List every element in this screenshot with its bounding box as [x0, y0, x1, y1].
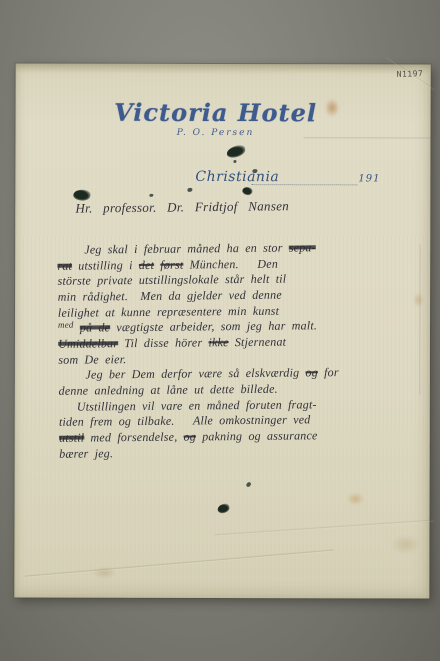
handwritten-text: Utstillingen vil vare en måned foruten f…	[77, 397, 317, 413]
handwritten-text: min rådighet. Men da gjelder ved denne	[58, 288, 282, 304]
letter-line: Jeg ber Dem derfor være så elskværdig og…	[58, 365, 338, 383]
rust-stain	[92, 567, 116, 579]
rust-stain	[390, 534, 420, 554]
handwritten-text: pakning og assurance	[196, 428, 318, 443]
handwritten-text: München. Den	[183, 257, 278, 272]
handwritten-text: som De eier.	[58, 352, 126, 367]
letter-line: bærer jeg.	[59, 446, 113, 462]
struck-text: det	[139, 258, 154, 272]
letter-line: tiden frem og tilbake. Alle omkostninger…	[59, 412, 311, 429]
handwritten-text: Stjernenat	[229, 335, 287, 350]
struck-text: først	[160, 258, 183, 272]
handwritten-text: med forsendelse,	[84, 430, 183, 445]
handwritten-text: bærer jeg.	[59, 446, 113, 461]
handwritten-text: denne anledning at låne ut dette billede…	[59, 382, 278, 398]
letter-paper: Victoria Hotel P. O. Persen Christiania …	[14, 63, 430, 598]
letter-line: denne anledning at låne ut dette billede…	[59, 382, 278, 399]
handwritten-text: störste private utstillingslokale står h…	[58, 272, 287, 288]
struck-text: på de	[80, 320, 110, 334]
rust-stain	[413, 292, 424, 307]
handwritten-text: Jeg ber Dem derfor være så elskværdig	[85, 365, 305, 381]
letter-line: Jeg skal i februar måned ha en stor sepa…	[57, 240, 316, 257]
inserted-text: med	[58, 320, 74, 330]
struck-text: og	[183, 429, 196, 443]
handwritten-text: Jeg skal i februar måned ha en stor	[84, 241, 289, 257]
struck-text: Umiddelbar	[58, 336, 118, 351]
letter-line: med på de vægtigste arbeider, som jeg ha…	[58, 318, 317, 335]
rust-stain	[347, 492, 365, 505]
struck-text: og	[305, 365, 318, 379]
handwritten-text: tiden frem og tilbake. Alle omkostninger…	[59, 412, 311, 428]
letter-line: utstil med forsendelse, og pakning og as…	[59, 428, 318, 445]
photo-mat-background: Victoria Hotel P. O. Persen Christiania …	[0, 0, 440, 661]
struck-text: sepa-	[289, 240, 316, 254]
handwritten-text: leilighet at kunne repræsentere min kuns…	[58, 304, 279, 320]
letter-line: min rådighet. Men da gjelder ved denne	[58, 288, 282, 305]
struck-text: utstil	[59, 431, 84, 445]
struck-text: rat	[57, 259, 72, 273]
rust-stain	[325, 98, 340, 117]
handwritten-text: utstilling i	[72, 258, 139, 273]
letter-line: som De eier.	[58, 352, 126, 368]
letter-line: störste private utstillingslokale står h…	[58, 272, 287, 289]
letter-line: Umiddelbar Til disse hörer ikke Stjernen…	[58, 335, 286, 352]
handwritten-text: Til disse hörer	[118, 335, 208, 350]
struck-text: ikke	[208, 335, 228, 349]
handwritten-text: vægtigste arbeider, som jeg har malt.	[110, 318, 317, 334]
handwritten-text: for	[318, 365, 339, 379]
letter-body: Jeg skal i februar måned ha en stor sepa…	[14, 60, 434, 598]
